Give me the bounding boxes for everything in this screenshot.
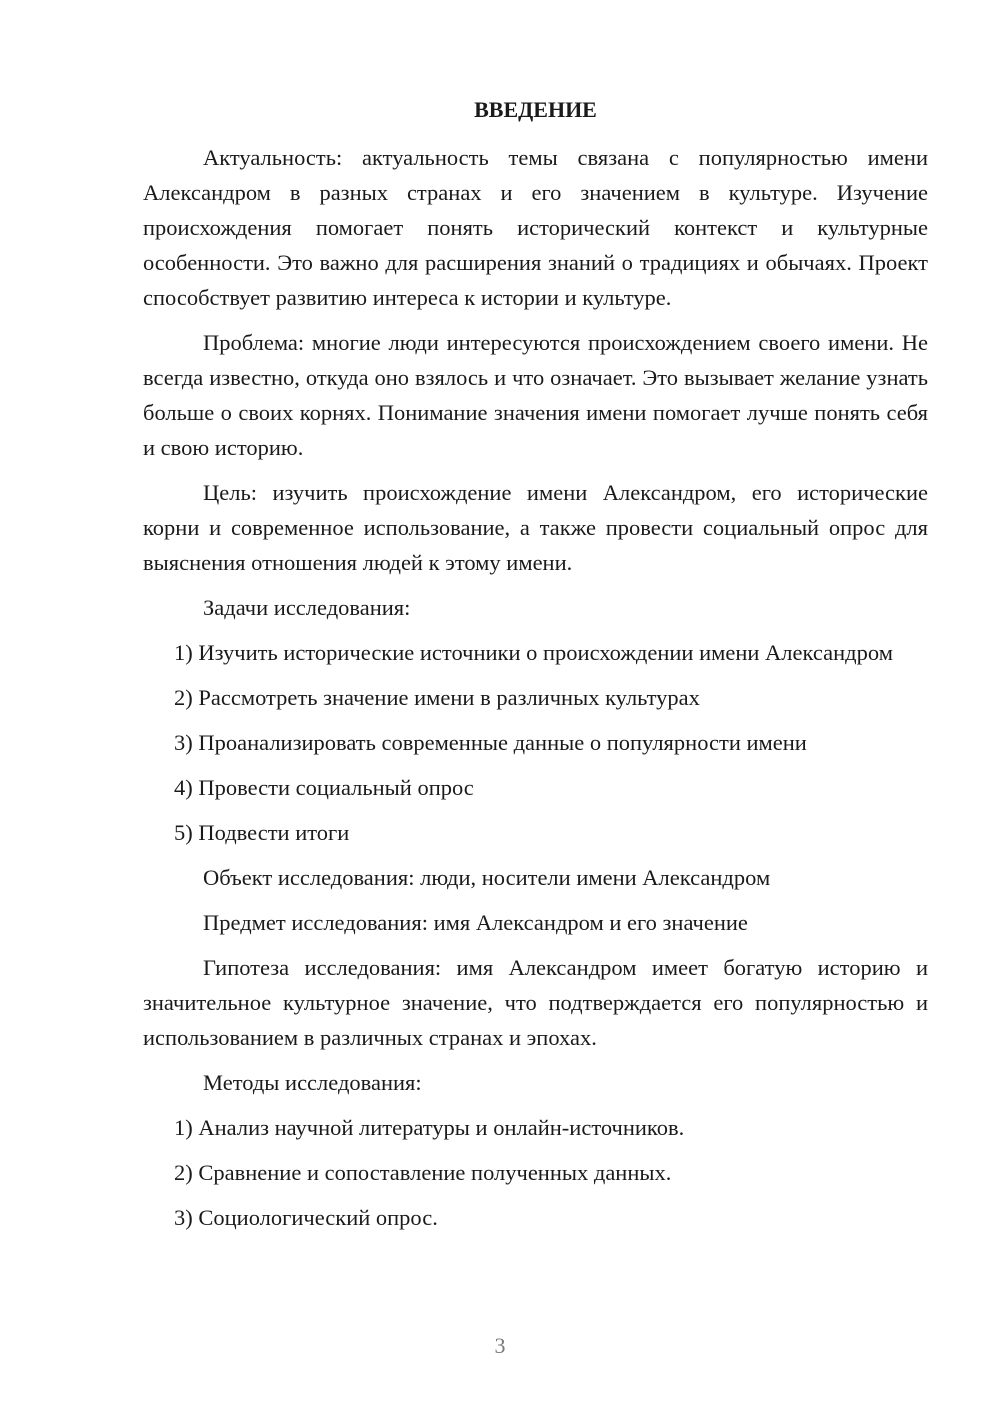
document-page: ВВЕДЕНИЕ Актуальность: актуальность темы… <box>143 94 928 1245</box>
problem-paragraph: Проблема: многие люди интересуются проис… <box>143 325 928 465</box>
task-item: 5) Подвести итоги <box>143 815 928 850</box>
task-item: 1) Изучить исторические источники о прои… <box>143 635 928 670</box>
tasks-list: 1) Изучить исторические источники о прои… <box>143 635 928 850</box>
relevance-paragraph: Актуальность: актуальность темы связана … <box>143 140 928 315</box>
method-item: 3) Социологический опрос. <box>143 1200 928 1235</box>
methods-list: 1) Анализ научной литературы и онлайн-ис… <box>143 1110 928 1235</box>
task-item: 4) Провести социальный опрос <box>143 770 928 805</box>
method-item: 2) Сравнение и сопоставление полученных … <box>143 1155 928 1190</box>
tasks-heading: Задачи исследования: <box>143 590 928 625</box>
goal-paragraph: Цель: изучить происхождение имени Алекса… <box>143 475 928 580</box>
section-title: ВВЕДЕНИЕ <box>143 94 928 126</box>
method-item: 1) Анализ научной литературы и онлайн-ис… <box>143 1110 928 1145</box>
task-item: 2) Рассмотреть значение имени в различны… <box>143 680 928 715</box>
research-object: Объект исследования: люди, носители имен… <box>143 860 928 895</box>
task-item: 3) Проанализировать современные данные о… <box>143 725 928 760</box>
methods-heading: Методы исследования: <box>143 1065 928 1100</box>
research-subject: Предмет исследования: имя Александром и … <box>143 905 928 940</box>
page-number: 3 <box>0 1333 1000 1359</box>
research-hypothesis: Гипотеза исследования: имя Александром и… <box>143 950 928 1055</box>
